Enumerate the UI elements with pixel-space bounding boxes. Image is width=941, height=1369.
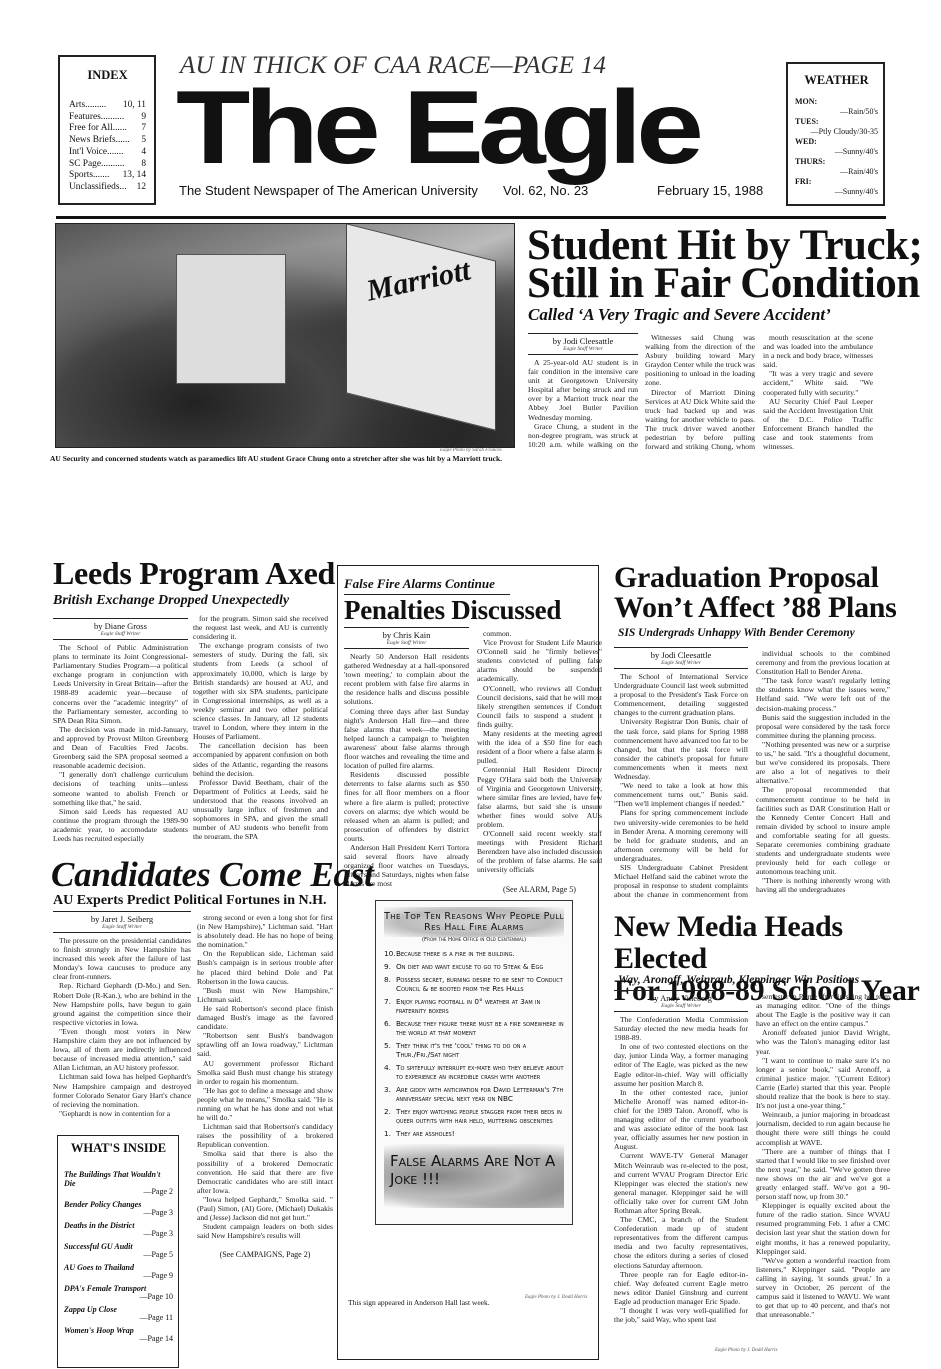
byline-name: by Chris Kain	[344, 630, 469, 640]
weather-day: THURS:	[795, 157, 878, 166]
byline-role: Eagle Staff Writer	[344, 640, 469, 646]
sign-reason-text: They are assholes!	[396, 1129, 455, 1138]
sign-reason-text: They think it's the 'cool' thing to do o…	[396, 1041, 564, 1059]
weather-forecast-list: MON:—Rain/50'sTUES:—Ptly Cloudy/30-35WED…	[795, 97, 878, 197]
newspaper-logo: The Eagle	[176, 76, 890, 180]
byline-role: Eagle Staff Writer	[528, 346, 638, 352]
article-paragraph: "I thought I was very well-qualified for…	[614, 1306, 748, 1324]
article-paragraph: "There are a number of things that I sta…	[756, 1147, 890, 1202]
graduation-headline-line-2: Won’t Affect ’88 Plans	[614, 593, 897, 623]
sign-reason-text: To spitefully interrupt ex-mate who they…	[396, 1063, 564, 1081]
lead-photo[interactable]: Marriott	[55, 223, 515, 448]
article-paragraph: The School of International Service Unde…	[614, 672, 748, 717]
masthead-divider	[56, 216, 886, 219]
whats-inside-item-page: —Page 3	[64, 1230, 173, 1238]
graduation-column-1: by Jodi Cleesattle Eagle Staff Writer Th…	[614, 647, 748, 897]
article-paragraph: A 25-year-old AU student is in fair cond…	[528, 358, 638, 422]
article-paragraph: The School of Public Administration plan…	[53, 643, 188, 725]
whats-inside-list: The Buildings That Wouldn't Die—Page 2Be…	[64, 1170, 173, 1343]
article-paragraph: The decision was made in mid-January, an…	[53, 725, 188, 770]
weather-day: MON:	[795, 97, 878, 106]
whats-inside-item-page: —Page 10	[64, 1293, 173, 1301]
sign-reason-text: On diet and want excuse to go to Steak &…	[396, 962, 543, 971]
index-box: INDEX Arts.........10, 11Features.......…	[58, 55, 156, 205]
byline-name: by Andy Vineberg	[614, 993, 748, 1003]
media-column-1: by Andy Vineberg Eagle Staff Writer The …	[614, 990, 748, 1362]
article-paragraph: "The task force wasn't regularly letting…	[756, 676, 890, 712]
whats-inside-box: WHAT'S INSIDE The Buildings That Wouldn'…	[57, 1135, 179, 1368]
article-paragraph: Coming three days after last Sunday nigh…	[344, 707, 469, 771]
article-paragraph: for the program. Simon said she received…	[193, 614, 328, 641]
candidates-jump-link[interactable]: (See CAMPAIGNS, Page 2)	[197, 1250, 333, 1259]
index-item-label: SC Page..........	[69, 159, 124, 171]
article-paragraph: "I want to continue to make sure it's no…	[756, 1056, 890, 1111]
article-paragraph: Centennial Hall Resident Director Peggy …	[477, 765, 602, 829]
article-paragraph: Weinraub, a junior majoring in broadcast…	[756, 1110, 890, 1146]
whats-inside-item[interactable]: Women's Hoop Wrap—Page 14	[64, 1326, 173, 1343]
graduation-headline-line-1: Graduation Proposal	[614, 563, 897, 593]
sign-reason-number: 4.	[384, 1063, 396, 1081]
sign-reason-text: Enjoy playing football in 0° weather at …	[396, 997, 564, 1015]
whats-inside-item-page: —Page 5	[64, 1251, 173, 1259]
article-paragraph: Plans for spring commencement include tw…	[614, 808, 748, 863]
byline-name: by Jodi Cleesattle	[528, 336, 638, 346]
article-paragraph: semester in Rome after finishing her ter…	[756, 992, 890, 1028]
leeds-column-2: for the program. Simon said she received…	[193, 614, 328, 839]
graduation-byline: by Jodi Cleesattle Eagle Staff Writer	[614, 647, 748, 669]
sign-reason: 1.They are assholes!	[384, 1129, 564, 1138]
weather-title: WEATHER	[795, 73, 878, 88]
article-paragraph: AU government professor Richard Smolka s…	[197, 1059, 333, 1086]
lead-headline[interactable]: Student Hit by Truck; Still in Fair Cond…	[527, 227, 922, 303]
media-deck: Way, Aronoff, Weinraub, Kleppinger Win P…	[618, 974, 859, 986]
graduation-deck: SIS Undergrads Unhappy With Bender Cerem…	[618, 627, 855, 639]
index-title: INDEX	[69, 68, 146, 83]
fire-kicker: False Fire Alarms Continue	[344, 576, 510, 595]
whats-inside-item[interactable]: Zappa Up Close—Page 11	[64, 1305, 173, 1322]
article-paragraph: "Even though most voters in New Hampshir…	[53, 1027, 191, 1072]
article-paragraph: "Iowa helped Gephardt," Smolka said. "(P…	[197, 1195, 333, 1222]
lead-photo-caption: AU Security and concerned students watch…	[50, 454, 502, 463]
index-item[interactable]: Arts.........10, 11	[69, 100, 146, 112]
article-paragraph: "He has got to define a message and show…	[197, 1086, 333, 1122]
article-paragraph: Grace Chung, a student in the non-degree…	[528, 422, 638, 451]
index-item[interactable]: Unclassifieds...12	[69, 182, 146, 194]
sign-reason-number: 9.	[384, 962, 396, 971]
whats-inside-item-page: —Page 14	[64, 1335, 173, 1343]
article-paragraph: mouth resuscitation at the scene and was…	[763, 333, 873, 369]
sign-reason: 6.Because they figure there must be a fi…	[384, 1019, 564, 1037]
sign-warning: False Alarms Are Not A Joke !!!	[384, 1144, 564, 1208]
lead-photo-credit: Eagle Photo by Sarah Frances	[440, 448, 502, 453]
weather-forecast: —Sunny/40's	[795, 186, 878, 197]
index-item-label: News Briefs......	[69, 135, 130, 147]
candidates-headline[interactable]: Candidates Come East	[51, 855, 374, 895]
index-item[interactable]: SC Page..........8	[69, 159, 146, 171]
whats-inside-item-page: —Page 9	[64, 1272, 173, 1280]
article-paragraph: He said Robertson's second place finish …	[197, 1004, 333, 1031]
byline-name: by Jodi Cleesattle	[614, 650, 748, 660]
article-paragraph: "Gephardt is now in contention for a	[53, 1109, 191, 1118]
issue-date: February 15, 1988	[657, 183, 763, 198]
article-paragraph: Many residents at the meeting agreed wit…	[477, 729, 602, 765]
media-byline: by Andy Vineberg Eagle Staff Writer	[614, 990, 748, 1012]
lead-column-2: Witnesses said Chung was walking from th…	[645, 333, 755, 451]
newspaper-tagline: The Student Newspaper of The American Un…	[179, 183, 478, 198]
whats-inside-title: WHAT'S INSIDE	[64, 1141, 173, 1156]
article-paragraph: The exchange program consists of two sem…	[193, 641, 328, 741]
index-item[interactable]: Sports.......13, 14	[69, 170, 146, 182]
byline-role: Eagle Staff Writer	[53, 631, 188, 637]
article-paragraph: "Nothing presented was new or a surprise…	[756, 740, 890, 785]
index-item-page: 8	[141, 159, 146, 171]
sign-reason: 2.They enjoy watching people stagger fro…	[384, 1107, 564, 1125]
index-item-label: Features..........	[69, 112, 124, 124]
leeds-column-1: by Diane Gross Eagle Staff Writer The Sc…	[53, 618, 188, 843]
candidates-column-2: strong second or even a long shot for fi…	[197, 913, 333, 1363]
index-item-label: Sports.......	[69, 170, 109, 182]
fire-photo-credit: Eagle Photo by J. Dodd Harris	[525, 1295, 588, 1300]
article-paragraph: "We need to take a look at how this comm…	[614, 781, 748, 808]
article-paragraph: In one of two contested elections on the…	[614, 1042, 748, 1087]
article-paragraph: The Confederation Media Commission Satur…	[614, 1015, 748, 1042]
sign-reason: 4.To spitefully interrupt ex-mate who th…	[384, 1063, 564, 1081]
sign-reason: 7.Enjoy playing football in 0° weather a…	[384, 997, 564, 1015]
article-paragraph: Witnesses said Chung was walking from th…	[645, 333, 755, 388]
index-item[interactable]: Free for All......7	[69, 123, 146, 135]
sign-reason-number: 10.	[384, 949, 396, 958]
sign-reason-text: Possess secret, burning desire to be sen…	[396, 975, 564, 993]
article-paragraph: "Bush must win New Hampshire," Lichtman …	[197, 986, 333, 1004]
sign-reason-text: Because there is a fire in the building.	[396, 949, 515, 958]
index-item-label: Arts.........	[69, 100, 106, 112]
whats-inside-item[interactable]: The Buildings That Wouldn't Die—Page 2	[64, 1170, 173, 1196]
sign-subtitle: (From the Home Office in Old Centennial)	[384, 937, 564, 943]
article-paragraph: Lichtman said Iowa has helped Gephardt's…	[53, 1072, 191, 1108]
index-item-page: 10, 11	[123, 100, 146, 112]
media-photo-credit: Eagle Photo by J. Dodd Harris	[715, 1348, 778, 1353]
article-paragraph: Nearly 50 Anderson Hall residents gather…	[344, 652, 469, 707]
graduation-column-2: individual schools to the combined cerem…	[756, 649, 890, 899]
article-paragraph: Vice Provost for Student Life Maurice O'…	[477, 638, 602, 683]
index-item-page: 13, 14	[123, 170, 146, 182]
index-item-label: Unclassifieds...	[69, 182, 127, 194]
fire-column-1: by Chris Kain Eagle Staff Writer Nearly …	[344, 627, 469, 892]
sign-title: The Top Ten Reasons Why People Pull Res …	[384, 907, 564, 937]
fire-photo-caption: This sign appeared in Anderson Hall last…	[348, 1298, 490, 1307]
whats-inside-item[interactable]: Bender Policy Changes—Page 3	[64, 1200, 173, 1217]
sign-reason-text: They enjoy watching people stagger from …	[396, 1107, 564, 1125]
article-paragraph: In the other contested race, junior Mich…	[614, 1088, 748, 1152]
article-paragraph: Simon said Leeds has requested AU contin…	[53, 807, 188, 843]
article-paragraph: Professor David Beetham, chair of the De…	[193, 778, 328, 839]
sign-reason: 8.Possess secret, burning desire to be s…	[384, 975, 564, 993]
weather-forecast: —Rain/40's	[795, 166, 878, 177]
article-paragraph: Kleppinger is equally excited about the …	[756, 1201, 890, 1256]
candidates-column-1: by Jaret J. Seiberg Eagle Staff Writer T…	[53, 911, 191, 1131]
byline-role: Eagle Staff Writer	[614, 660, 748, 666]
article-paragraph: Residents discussed possible deterrents …	[344, 770, 469, 843]
byline-name: by Jaret J. Seiberg	[53, 914, 191, 924]
candidates-deck: AU Experts Predict Political Fortunes in…	[53, 893, 327, 909]
whats-inside-item[interactable]: Deaths in the District—Page 3	[64, 1221, 173, 1238]
fire-column-2: common.Vice Provost for Student Life Mau…	[477, 629, 602, 894]
article-paragraph: "There is nothing inherently wrong with …	[756, 876, 890, 894]
article-paragraph: The pressure on the presidential candida…	[53, 936, 191, 981]
truck-shape	[346, 223, 496, 430]
whats-inside-item-page: —Page 3	[64, 1209, 173, 1217]
article-paragraph: Student campaign leaders on both sides s…	[197, 1222, 333, 1240]
leeds-deck: British Exchange Dropped Unexpectedly	[53, 593, 289, 609]
sign-reason-number: 2.	[384, 1107, 396, 1125]
ambulance-shape	[176, 254, 286, 384]
sign-reason: 3.Are giddy with anticipation for David …	[384, 1085, 564, 1103]
sign-reason-number: 3.	[384, 1085, 396, 1103]
sign-reason-number: 7.	[384, 997, 396, 1015]
article-paragraph: The proposal recommended that commenceme…	[756, 785, 890, 876]
index-item-page: 9	[141, 112, 146, 124]
article-paragraph: "I generally don't challenge curriculum …	[53, 770, 188, 806]
sign-reason: 9.On diet and want excuse to go to Steak…	[384, 962, 564, 971]
article-paragraph: Bunis said the suggestion included in th…	[756, 713, 890, 740]
sign-reason: 10.Because there is a fire in the buildi…	[384, 949, 564, 958]
weather-day: WED:	[795, 137, 878, 146]
sign-reason-number: 6.	[384, 1019, 396, 1037]
whats-inside-item-page: —Page 11	[64, 1314, 173, 1322]
article-paragraph: Aronoff defeated junior David Wright, wh…	[756, 1028, 890, 1055]
index-item[interactable]: News Briefs......5	[69, 135, 146, 147]
article-paragraph: individual schools to the combined cerem…	[756, 649, 890, 676]
index-item-page: 4	[141, 147, 146, 159]
fire-alarm-sign-photo[interactable]: The Top Ten Reasons Why People Pull Res …	[375, 900, 573, 1225]
article-paragraph: O'Connell, who reviews all Conduct Counc…	[477, 684, 602, 729]
lead-column-1: by Jodi Cleesattle Eagle Staff Writer A …	[528, 333, 638, 451]
whats-inside-item[interactable]: DPA's Female Transport—Page 10	[64, 1284, 173, 1301]
leeds-headline[interactable]: Leeds Program Axed	[53, 555, 335, 592]
fire-jump-link[interactable]: (See ALARM, Page 5)	[477, 885, 602, 894]
index-item-label: Free for All......	[69, 123, 127, 135]
lead-deck: Called ‘A Very Tragic and Severe Acciden…	[528, 305, 831, 325]
index-item-page: 12	[137, 182, 146, 194]
article-paragraph: "We've gotten a wonderful reaction from …	[756, 1256, 890, 1320]
article-paragraph: The cancellation decision has been accom…	[193, 741, 328, 777]
article-paragraph: Three people ran for Eagle editor-in-chi…	[614, 1270, 748, 1306]
sign-reason: 5.They think it's the 'cool' thing to do…	[384, 1041, 564, 1059]
index-item-label: Int'l Voice.......	[69, 147, 123, 159]
article-paragraph: AU Security Chief Paul Leeper said the A…	[763, 397, 873, 451]
index-item-page: 7	[141, 123, 146, 135]
whats-inside-item-title: The Buildings That Wouldn't Die	[64, 1170, 173, 1188]
article-paragraph: O'Connell said recent weekly staff meeti…	[477, 829, 602, 874]
index-item[interactable]: Features..........9	[69, 112, 146, 124]
whats-inside-item-page: —Page 2	[64, 1188, 173, 1196]
article-paragraph: Smolka said that there is also the possi…	[197, 1149, 333, 1194]
weather-day: TUES:	[795, 117, 878, 126]
byline-name: by Diane Gross	[53, 621, 188, 631]
sign-reason-number: 8.	[384, 975, 396, 993]
weather-day: FRI:	[795, 177, 878, 186]
weather-forecast: —Ptly Cloudy/30-35	[795, 126, 878, 137]
article-paragraph: "Robertson sent Bush's bandwagon sprawli…	[197, 1031, 333, 1058]
whats-inside-item[interactable]: AU Goes to Thailand—Page 9	[64, 1263, 173, 1280]
article-paragraph: Rep. Richard Gephardt (D-Mo.) and Sen. R…	[53, 981, 191, 1026]
sign-reason-number: 1.	[384, 1129, 396, 1138]
byline-role: Eagle Staff Writer	[614, 1003, 748, 1009]
fire-headline[interactable]: Penalties Discussed	[344, 595, 561, 626]
byline-role: Eagle Staff Writer	[53, 924, 191, 930]
article-paragraph: common.	[477, 629, 602, 638]
article-paragraph: Director of Marriott Dining Services at …	[645, 388, 755, 451]
lead-byline: by Jodi Cleesattle Eagle Staff Writer	[528, 333, 638, 355]
index-item[interactable]: Int'l Voice.......4	[69, 147, 146, 159]
sign-reason-text: Are giddy with anticipation for David Le…	[396, 1085, 564, 1103]
article-paragraph: On the Republican side, Lichtman said Bu…	[197, 949, 333, 985]
sign-reason-text: Because they figure there must be a fire…	[396, 1019, 564, 1037]
index-list: Arts.........10, 11Features..........9Fr…	[69, 100, 146, 194]
article-paragraph: "It was a very tragic and severe acciden…	[763, 369, 873, 396]
media-column-2: semester in Rome after finishing her ter…	[756, 992, 890, 1364]
sign-reasons-list: 10.Because there is a fire in the buildi…	[384, 949, 564, 1138]
article-paragraph: strong second or even a long shot for fi…	[197, 913, 333, 949]
media-headline-line-1: New Media Heads Elected	[614, 911, 941, 975]
candidates-byline: by Jaret J. Seiberg Eagle Staff Writer	[53, 911, 191, 933]
fire-byline: by Chris Kain Eagle Staff Writer	[344, 627, 469, 649]
article-paragraph: The CMC, a branch of the Student Confede…	[614, 1215, 748, 1270]
lead-column-3: mouth resuscitation at the scene and was…	[763, 333, 873, 451]
sign-reason-number: 5.	[384, 1041, 396, 1059]
index-item-page: 5	[141, 135, 146, 147]
article-paragraph: Current WAVE-TV General Manager Mitch We…	[614, 1151, 748, 1215]
graduation-headline[interactable]: Graduation Proposal Won’t Affect ’88 Pla…	[614, 563, 897, 623]
whats-inside-item[interactable]: Successful GU Audit—Page 5	[64, 1242, 173, 1259]
weather-forecast: —Rain/50's	[795, 106, 878, 117]
article-paragraph: Lichtman said that Robertson's candidacy…	[197, 1122, 333, 1149]
article-paragraph: University Registrar Don Bunis, chair of…	[614, 717, 748, 781]
weather-forecast: —Sunny/40's	[795, 146, 878, 157]
leeds-byline: by Diane Gross Eagle Staff Writer	[53, 618, 188, 640]
volume-number: Vol. 62, No. 23	[503, 183, 588, 198]
weather-box: WEATHER MON:—Rain/50'sTUES:—Ptly Cloudy/…	[786, 62, 885, 206]
article-paragraph: SIS Undergraduate Cabinet President Mich…	[614, 863, 748, 897]
lead-headline-line-2: Still in Fair Condition	[527, 265, 922, 303]
